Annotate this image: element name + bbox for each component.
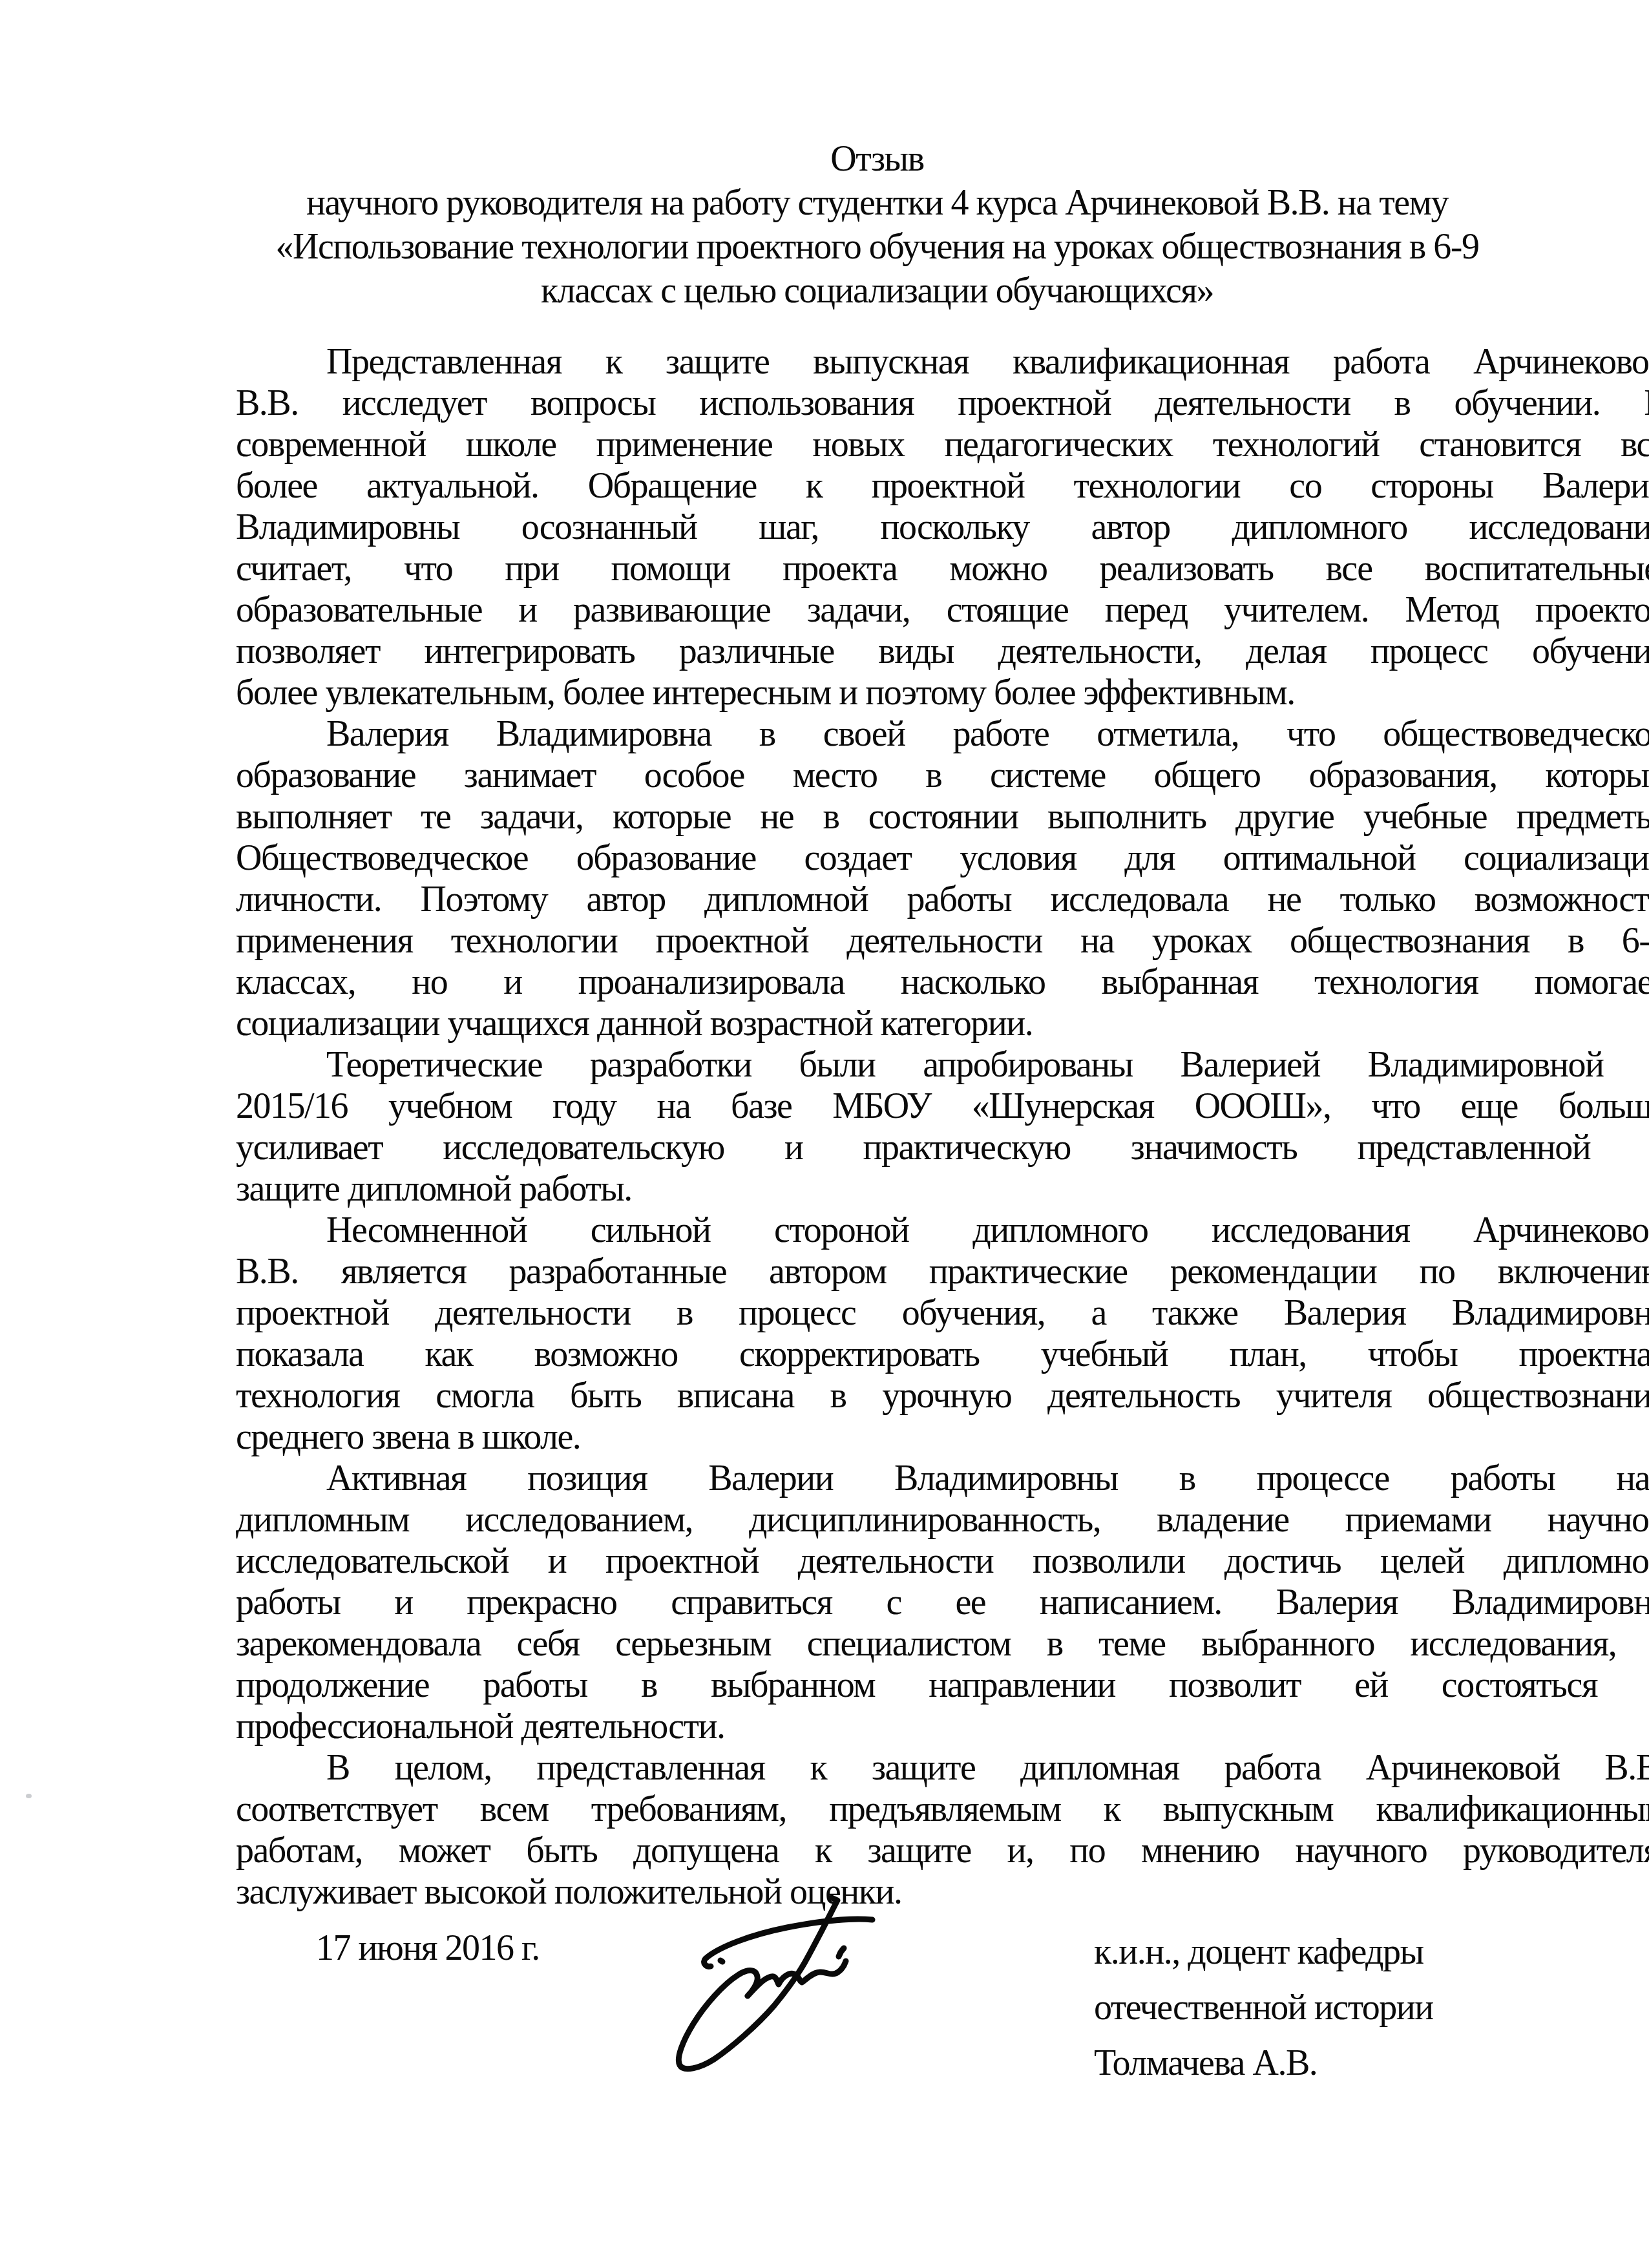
paragraph-line: классах, но и проанализировала насколько… xyxy=(236,961,1649,1003)
document-body: Представленная к защите выпускная квалиф… xyxy=(236,341,1649,1913)
paragraph-line: среднего звена в школе. xyxy=(236,1416,1649,1458)
paragraph-line: образовательные и развивающие задачи, ст… xyxy=(236,589,1649,631)
paragraph: Активная позиция Валерии Владимировны в … xyxy=(236,1458,1649,1747)
paragraph-line: Валерия Владимировна в своей работе отме… xyxy=(236,713,1649,755)
paragraph: Несомненной сильной стороной дипломного … xyxy=(236,1210,1649,1458)
document-title: Отзыв xyxy=(236,137,1518,181)
paragraph-line: Активная позиция Валерии Владимировны в … xyxy=(236,1458,1649,1499)
paragraph-line: более увлекательным, более интересным и … xyxy=(236,672,1649,713)
paragraph-line: продолжение работы в выбранном направлен… xyxy=(236,1664,1649,1706)
footer-date: 17 июня 2016 г. xyxy=(316,1929,540,1968)
paragraph-line: считает, что при помощи проекта можно ре… xyxy=(236,548,1649,589)
paragraph-line: Представленная к защите выпускная квалиф… xyxy=(236,341,1649,383)
signer-block: к.и.н., доцент кафедрыотечественной исто… xyxy=(1094,1924,1433,2091)
signer-line: к.и.н., доцент кафедры xyxy=(1094,1924,1433,1980)
paragraph: В целом, представленная к защите дипломн… xyxy=(236,1747,1649,1913)
paragraph-line: дипломным исследованием, дисциплинирован… xyxy=(236,1499,1649,1540)
paragraph-line: заслуживает высокой положительной оценки… xyxy=(236,1871,1649,1913)
subtitle-line: «Использование технологии проектного обу… xyxy=(236,225,1518,269)
paragraph-line: образование занимает особое место в сист… xyxy=(236,755,1649,796)
paragraph-line: проектной деятельности в процесс обучени… xyxy=(236,1292,1649,1334)
paragraph-line: работам, может быть допущена к защите и,… xyxy=(236,1830,1649,1871)
paragraph-line: технология смогла быть вписана в урочную… xyxy=(236,1375,1649,1416)
paragraph-line: В целом, представленная к защите дипломн… xyxy=(236,1747,1649,1789)
paragraph-line: Теоретические разработки были апробирова… xyxy=(236,1044,1649,1086)
paragraph-line: В.В. исследует вопросы использования про… xyxy=(236,383,1649,424)
paragraph-line: современной школе применение новых педаг… xyxy=(236,424,1649,465)
scan-artifact-speck xyxy=(26,1794,32,1798)
paragraph-line: соответствует всем требованиям, предъявл… xyxy=(236,1789,1649,1830)
paragraph-line: Владимировны осознанный шаг, поскольку а… xyxy=(236,507,1649,548)
paragraph-line: показала как возможно скорректировать уч… xyxy=(236,1334,1649,1375)
paragraph-line: усиливает исследовательскую и практическ… xyxy=(236,1127,1649,1168)
paragraph-line: 2015/16 учебном году на базе МБОУ «Шунер… xyxy=(236,1086,1649,1127)
signer-line: отечественной истории xyxy=(1094,1980,1433,2035)
review-document-page: Отзыв научного руководителя на работу ст… xyxy=(0,0,1649,2268)
paragraph-line: Несомненной сильной стороной дипломного … xyxy=(236,1210,1649,1251)
paragraph-line: профессиональной деятельности. xyxy=(236,1706,1649,1747)
paragraph-line: исследовательской и проектной деятельнос… xyxy=(236,1540,1649,1582)
paragraph-line: зарекомендовала себя серьезным специалис… xyxy=(236,1623,1649,1664)
paragraph-line: социализации учащихся данной возрастной … xyxy=(236,1003,1649,1044)
paragraph-line: защите дипломной работы. xyxy=(236,1168,1649,1210)
paragraph-line: работы и прекрасно справиться с ее напис… xyxy=(236,1582,1649,1623)
paragraph-line: позволяет интегрировать различные виды д… xyxy=(236,631,1649,672)
paragraph: Валерия Владимировна в своей работе отме… xyxy=(236,713,1649,1044)
paragraph-line: В.В. является разработанные автором прак… xyxy=(236,1251,1649,1292)
paragraph: Представленная к защите выпускная квалиф… xyxy=(236,341,1649,713)
signature-icon xyxy=(659,1877,918,2148)
paragraph: Теоретические разработки были апробирова… xyxy=(236,1044,1649,1210)
paragraph-line: более актуальной. Обращение к проектной … xyxy=(236,465,1649,507)
subtitle-line: классах с целью социализации обучающихся… xyxy=(236,269,1518,313)
paragraph-line: Обществоведческое образование создает ус… xyxy=(236,837,1649,879)
subtitle-line: научного руководителя на работу студентк… xyxy=(236,181,1518,225)
paragraph-line: выполняет те задачи, которые не в состоя… xyxy=(236,796,1649,837)
paragraph-line: применения технологии проектной деятельн… xyxy=(236,920,1649,961)
signer-line: Толмачева А.В. xyxy=(1094,2035,1433,2091)
paragraph-line: личности. Поэтому автор дипломной работы… xyxy=(236,879,1649,920)
document-subtitle: научного руководителя на работу студентк… xyxy=(236,181,1518,313)
